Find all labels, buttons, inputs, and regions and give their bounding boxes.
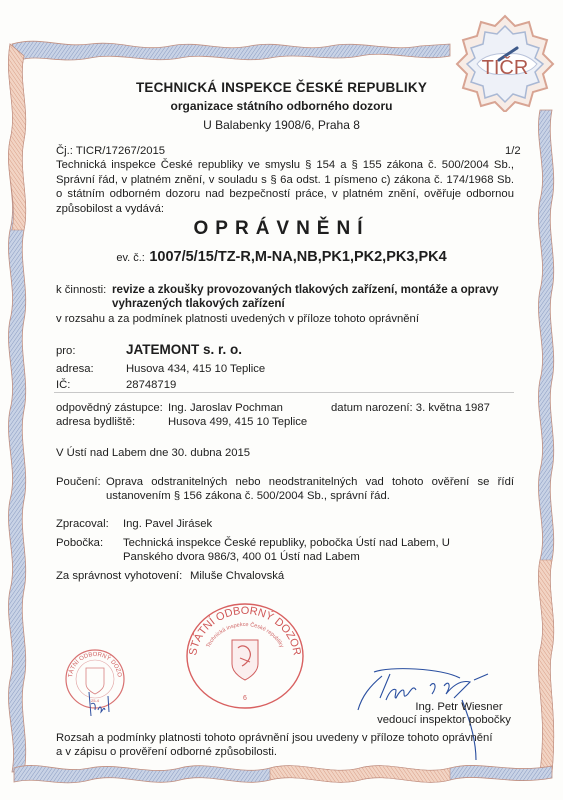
birth-date-label: datum narození: <box>331 402 413 414</box>
birth-date: datum narození: 3. května 1987 <box>331 401 490 416</box>
processed-name: Ing. Pavel Jirásek <box>123 517 212 532</box>
intro-text: Technická inspekce České republiky ve sm… <box>56 158 514 216</box>
processed-label: Zpracoval: <box>56 517 109 532</box>
holder-company: JATEMONT s. r. o. <box>126 342 242 357</box>
holder-ic: 28748719 <box>126 378 176 393</box>
notice-label: Poučení: <box>56 475 101 490</box>
page-number: 1/2 <box>505 144 521 159</box>
branch-label: Pobočka: <box>56 536 103 551</box>
initials-signature <box>86 690 116 722</box>
footer-line2: a v zápisu o prověření odborné způsobilo… <box>56 745 277 760</box>
activity-label: k činnosti: <box>56 283 106 298</box>
residence-label: adresa bydliště: <box>56 415 135 430</box>
notice-line2: ustanovením § 156 zákona č. 500/2004 Sb.… <box>106 489 390 504</box>
svg-text:6: 6 <box>243 695 247 702</box>
branch-line1: Technická inspekce České republiky, pobo… <box>123 536 450 551</box>
org-address: U Balabenky 1908/6, Praha 8 <box>0 118 563 132</box>
holder-address-label: adresa: <box>56 362 94 377</box>
footer-line1: Rozsah a podmínky platnosti tohoto opráv… <box>56 731 492 746</box>
org-subtitle: organizace státního odborného dozoru <box>0 99 563 113</box>
divider <box>54 392 514 393</box>
activity-line2: vyhrazených tlakových zařízení <box>112 297 285 312</box>
branch-line2: Panského dvora 986/3, 400 01 Ústí nad La… <box>123 550 360 565</box>
scope-text: v rozsahu a za podmínek platnosti uveden… <box>56 312 419 327</box>
correctness-name: Miluše Chvalovská <box>190 569 284 584</box>
large-official-stamp: STÁTNÍ ODBORNÝ DOZOR Technická inspekce … <box>184 602 306 710</box>
registration-value: 1007/5/15/TZ-R,M-NA,NB,PK1,PK2,PK3,PK4 <box>149 249 446 265</box>
representative-name: Ing. Jaroslav Pochman <box>168 401 283 416</box>
registration-number: ev. č.: 1007/5/15/TZ-R,M-NA,NB,PK1,PK2,P… <box>0 248 563 266</box>
birth-date-value: 3. května 1987 <box>416 402 490 414</box>
activity-line1: revize a zkoušky provozovaných tlakových… <box>112 283 499 298</box>
correctness-label: Za správnost vyhotovení: <box>56 569 182 584</box>
ticr-logo-icon: TIČR <box>447 12 563 112</box>
place-date: V Ústí nad Labem dne 30. dubna 2015 <box>56 446 250 461</box>
svg-text:TIČR: TIČR <box>482 56 529 79</box>
org-name: TECHNICKÁ INSPEKCE ČESKÉ REPUBLIKY <box>0 80 563 95</box>
reference-number: Čj.: TICR/17267/2015 <box>56 144 165 159</box>
holder-ic-label: IČ: <box>56 378 70 393</box>
holder-for-label: pro: <box>56 344 75 359</box>
notice-line1: Oprava odstranitelných nebo neodstranite… <box>106 475 514 490</box>
ticr-logo: TIČR <box>447 12 563 112</box>
residence-value: Husova 499, 415 10 Teplice <box>168 415 307 430</box>
signatory-role: vedoucí inspektor pobočky <box>360 713 528 728</box>
reference-label: Čj.: <box>56 145 73 157</box>
document-title: OPRÁVNĚNÍ <box>0 218 563 240</box>
reference-value: TICR/17267/2015 <box>76 145 165 157</box>
representative-label: odpovědný zástupce: <box>56 401 163 416</box>
holder-address: Husova 434, 415 10 Teplice <box>126 362 265 377</box>
registration-label: ev. č.: <box>116 252 145 264</box>
